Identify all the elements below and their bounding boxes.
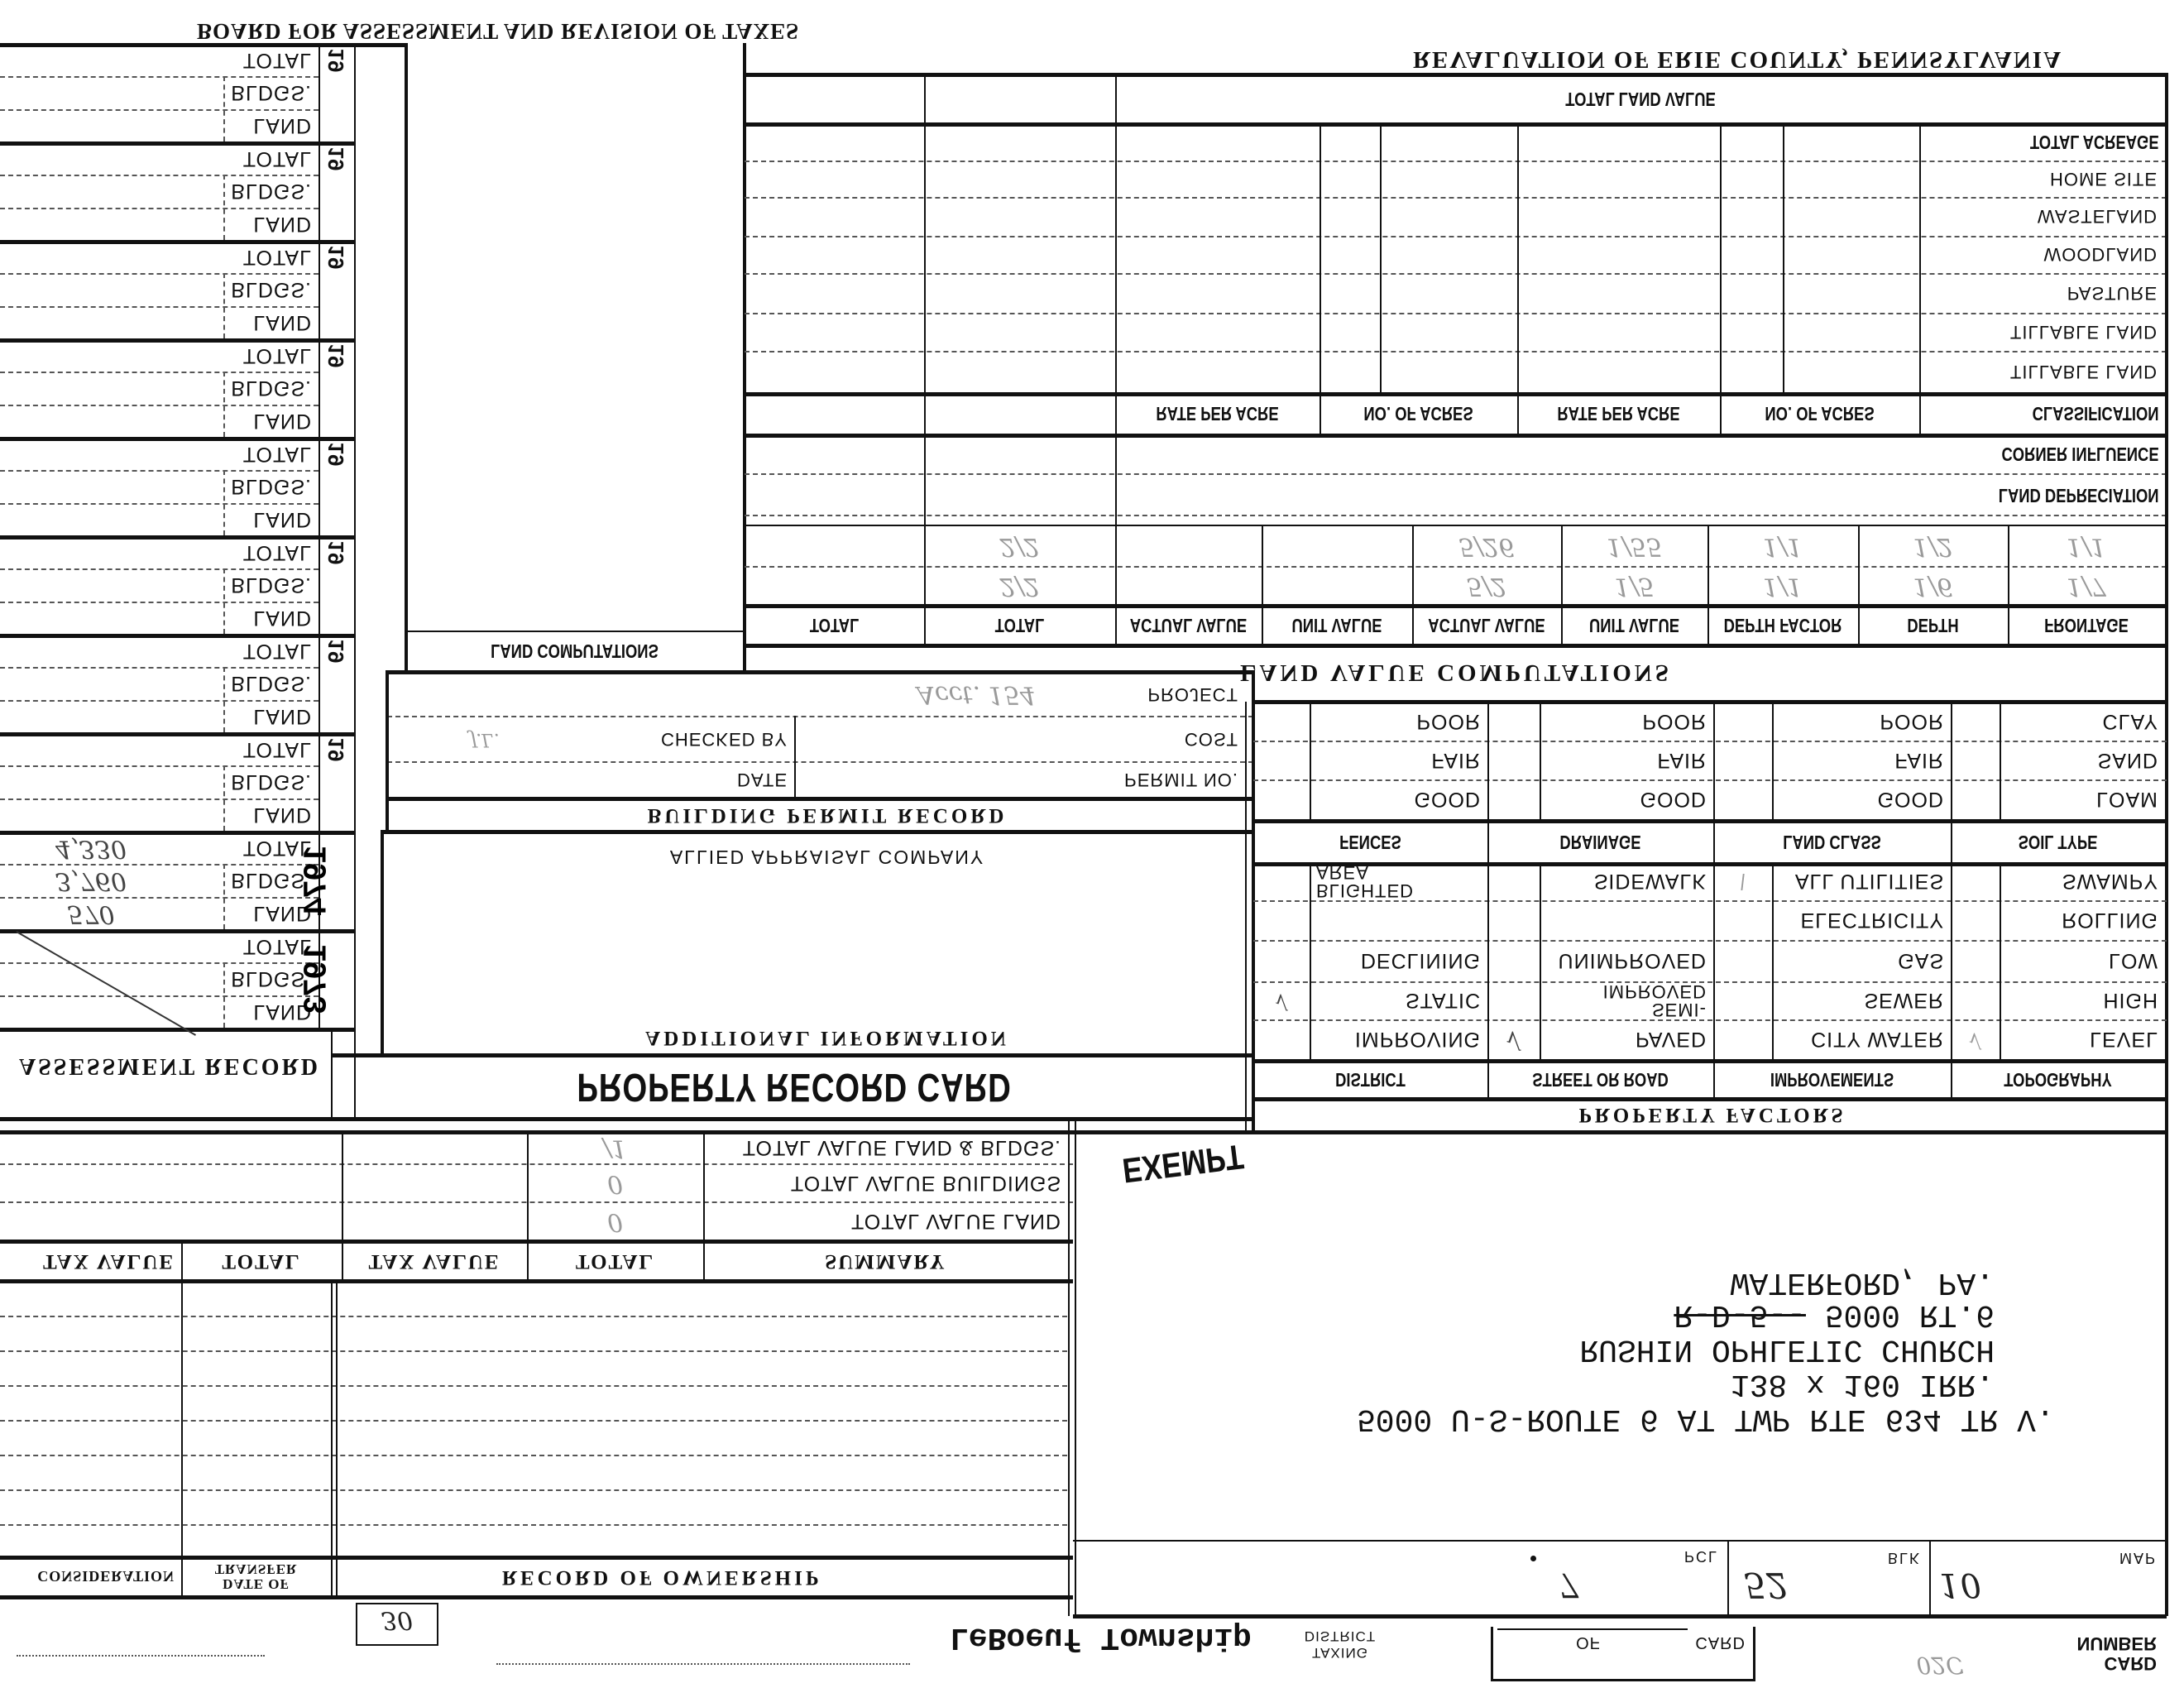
total-value: 4,330	[8, 832, 174, 864]
total-value-land-and-bldgs-label: TOTAL VALUE LAND & BLDGS.	[703, 1132, 1068, 1163]
drainage-fair: FAIR	[1540, 741, 1713, 779]
rule	[1517, 122, 1519, 434]
total-value	[8, 439, 174, 470]
bldgs-label: BLDGS.	[225, 175, 318, 207]
rule	[0, 1489, 1067, 1491]
permit-no-label: PERMIT NO.	[796, 763, 1245, 797]
land-label: LAND	[225, 209, 318, 240]
district-blighted-area: BLIGHTED AREA	[1310, 862, 1487, 900]
total-label: TOTAL	[225, 340, 318, 372]
rule	[745, 122, 2167, 127]
rule	[1727, 1540, 1729, 1616]
property-factors-title: PROPERTY FACTORS	[1448, 1099, 1977, 1130]
rule	[1380, 122, 1382, 392]
bldgs-label: BLDGS.	[225, 372, 318, 404]
tax-value-header: TAX VALUE	[342, 1243, 527, 1279]
corner-influence-label: CORNER INFLUENCE	[1325, 435, 2164, 473]
assessment-year-block: TOTAL BLDGS. LAND 19	[0, 338, 356, 437]
assessment-year-block: TOTAL BLDGS. LAND 19	[0, 141, 356, 240]
rule	[1262, 525, 1263, 644]
land-class-fair: FAIR	[1772, 741, 1951, 779]
bldgs-value	[8, 569, 174, 601]
fences-header: FENCES	[1276, 822, 1463, 862]
total-value-land-label: TOTAL VALUE LAND	[703, 1203, 1068, 1240]
district-header: DISTRICT	[1276, 1062, 1463, 1097]
total-header: TOTAL	[181, 1243, 342, 1279]
land-value	[8, 405, 174, 437]
acreage-row-wasteland: WASTELAND	[1919, 197, 2164, 236]
assessment-record-title: ASSESSMENT RECORD	[12, 1049, 335, 1082]
total-value: 2/2	[924, 568, 1115, 604]
fences-poor: POOR	[1310, 702, 1487, 741]
total-label: TOTAL	[225, 143, 318, 175]
drainage-poor: POOR	[1540, 702, 1713, 741]
frontage-value: 1/7	[2008, 568, 2165, 604]
improvement-city-water: CITY WATER	[1772, 1019, 1951, 1059]
total-value-buildings-label: TOTAL VALUE BUILDINGS	[703, 1165, 1068, 1201]
bldgs-value	[8, 668, 174, 699]
rule	[0, 1316, 1067, 1317]
address-line: 138 x 160 IRR.	[1324, 1366, 1995, 1401]
acreage-row-woodland: WOODLAND	[1919, 236, 2164, 273]
total-value	[8, 340, 174, 372]
card-number-label: CARD NUMBER	[2043, 1623, 2163, 1683]
bldgs-label: BLDGS.	[225, 668, 318, 699]
soil-type-sand: SAND	[2000, 741, 2165, 779]
drainage-good: GOOD	[1540, 779, 1713, 819]
rule	[1115, 73, 1117, 644]
land-label: LAND	[225, 110, 318, 141]
exempt-stamp: EXEMPT	[1118, 1133, 1249, 1194]
land-value	[8, 996, 174, 1028]
additional-information-title: ADDITIONAL INFORMATION	[579, 1023, 1075, 1053]
struck-route-text: R-D-5--	[1674, 1297, 1806, 1331]
total-land-value-label: TOTAL LAND VALUE	[1220, 76, 2061, 122]
total-label: TOTAL	[225, 242, 318, 273]
district-declining: DECLINING	[1310, 940, 1487, 981]
assessment-year-block: TOTAL BLDGS. LAND 19	[0, 634, 356, 732]
depth-value: 1/2	[1858, 526, 2008, 566]
street-unimproved: UNIMPROVED	[1540, 940, 1713, 981]
date-label: DATE	[389, 763, 794, 797]
total-label: TOTAL	[225, 45, 318, 76]
depth-factor-value: 1/1	[1707, 568, 1858, 604]
rule	[1929, 1540, 1931, 1616]
allied-appraisal-company: ALLIED APPRAISAL COMPANY	[579, 842, 1075, 872]
rule	[336, 1279, 338, 1595]
rule	[743, 43, 746, 672]
property-record-card: BOARD FOR ASSESSMENT AND REVISION OF TAX…	[0, 0, 2184, 1688]
assessment-year-block: TOTAL BLDGS. LAND 19	[0, 732, 356, 831]
fences-good: GOOD	[1310, 779, 1487, 819]
land-value	[8, 209, 174, 240]
year-prefix: 19	[321, 635, 352, 668]
rule	[0, 1595, 1073, 1599]
rule	[0, 1420, 1067, 1422]
land-value	[8, 307, 174, 338]
soil-type-loam: LOAM	[2000, 779, 2165, 819]
check-mark: √	[1253, 981, 1310, 1019]
district-static: STATIC	[1310, 981, 1487, 1019]
land-class-header: LAND CLASS	[1737, 822, 1928, 862]
no-of-acres-header: NO. OF ACRES	[1740, 394, 1899, 434]
soil-type-clay: CLAY	[2000, 702, 2165, 741]
actual-value-header: ACTUAL VALUE	[1130, 607, 1248, 644]
unit-value-header: UNIT VALUE	[1276, 607, 1397, 644]
depth-value: 1/6	[1858, 568, 2008, 604]
rule	[0, 1279, 1073, 1283]
rule	[496, 1663, 910, 1665]
project-value: Acct. 154	[860, 674, 1092, 715]
topography-high: HIGH	[2000, 981, 2165, 1019]
total-value-land-and-bldgs: /1	[527, 1132, 703, 1163]
total-label: TOTAL	[225, 635, 318, 667]
actual-value-header: ACTUAL VALUE	[1427, 607, 1546, 644]
total-value	[8, 931, 174, 962]
rule	[0, 1524, 1067, 1526]
assessment-year-block: TOTAL BLDGS. LAND 1973	[0, 929, 356, 1028]
total-value: 2/2	[924, 526, 1115, 566]
consideration-header: CONSIDERATION	[0, 1557, 181, 1595]
cost-label: COST	[796, 717, 1245, 761]
acreage-row-home-site: HOME SITE	[1919, 161, 2164, 197]
bldgs-label: BLDGS.	[225, 77, 318, 108]
total-header: TOTAL	[943, 607, 1096, 644]
total-value	[8, 143, 174, 175]
total-value	[8, 242, 174, 273]
bldgs-value	[8, 471, 174, 502]
rule	[0, 1455, 1067, 1456]
improvement-all-utilities: ALL UTILITIES	[1772, 862, 1951, 900]
land-class-poor: POOR	[1772, 702, 1951, 741]
record-of-ownership-title: RECORD OF OWNERSHIP	[347, 1559, 976, 1595]
topography-low: LOW	[2000, 940, 2165, 981]
bldgs-value	[8, 175, 174, 207]
check-mark: √	[1487, 1019, 1540, 1059]
rule	[181, 1240, 183, 1595]
rule	[1245, 702, 1247, 1134]
rate-per-acre-header: RATE PER ACRE	[1538, 394, 1700, 434]
district-improving: IMPROVING	[1310, 1019, 1487, 1059]
year-prefix: 19	[321, 241, 352, 274]
depth-factor-value: 1/1	[1707, 526, 1858, 566]
street-semi-improved: SEMI- IMPROVED	[1540, 981, 1713, 1019]
street-or-road-header: STREET OR ROAD	[1510, 1062, 1690, 1097]
pcl-value: 7	[1551, 1564, 1617, 1605]
land-label: LAND	[225, 405, 318, 437]
year-prefix: 19	[321, 44, 352, 77]
check-mark: √	[1951, 1019, 2000, 1059]
total-value-buildings: 0	[527, 1165, 703, 1201]
bldgs-label: BLDGS.	[225, 274, 318, 305]
rule	[17, 1655, 265, 1657]
land-class-good: GOOD	[1772, 779, 1951, 819]
topography-swampy: SWAMPY	[2000, 862, 2165, 900]
depth-header: DEPTH	[1873, 607, 1993, 644]
topography-header: TOPOGRAPHY	[1972, 1062, 2143, 1097]
improvement-electricity: ELECTRICITY	[1772, 900, 1951, 940]
total-label: TOTAL	[225, 734, 318, 765]
total-value	[8, 45, 174, 76]
taxing-district-value: LeBoeuf Township	[950, 1618, 1264, 1656]
assessment-year-block: TOTAL BLDGS. LAND 19	[0, 535, 356, 634]
rule	[331, 1279, 333, 1595]
bldgs-value	[8, 77, 174, 108]
land-label: LAND	[225, 701, 318, 732]
total-value	[8, 537, 174, 568]
unit-value-header: UNIT VALUE	[1576, 607, 1693, 644]
total-value	[8, 635, 174, 667]
map-value: 10	[1933, 1564, 2032, 1605]
bldgs-value	[8, 274, 174, 305]
land-label: LAND	[225, 602, 318, 634]
bldgs-label: BLDGS.	[225, 569, 318, 601]
bldgs-value	[8, 372, 174, 404]
rule	[0, 1350, 1067, 1352]
rule	[1720, 122, 1722, 434]
checked-by-value: J.L.	[463, 717, 629, 761]
bldgs-label: BLDGS.	[225, 766, 318, 798]
rule	[1068, 1117, 1070, 1616]
bldgs-value	[8, 766, 174, 798]
land-label: LAND	[225, 504, 318, 535]
year-stamp: 1974	[300, 832, 333, 930]
land-value	[8, 799, 174, 831]
rule	[1783, 122, 1784, 392]
tax-value-header: TAX VALUE	[0, 1243, 181, 1279]
bldgs-value	[8, 963, 174, 995]
acreage-row-total-acreage: TOTAL ACREAGE	[1968, 124, 2164, 161]
blk-value: 52	[1737, 1564, 1837, 1605]
total-label: TOTAL	[225, 537, 318, 568]
rule	[1319, 122, 1321, 434]
total-value-land: 0	[527, 1203, 703, 1240]
topography-rolling: ROLLING	[2000, 900, 2165, 940]
rule	[2165, 73, 2168, 1616]
property-record-card-title: PROPERTY RECORD CARD	[529, 1057, 1059, 1115]
land-value: 570	[8, 898, 174, 929]
street-paved: PAVED	[1540, 1019, 1713, 1059]
improvements-header: IMPROVEMENTS	[1737, 1062, 1928, 1097]
of-label: OF	[1564, 1630, 1613, 1655]
improvement-sewer: SEWER	[1772, 981, 1951, 1019]
building-permit-record-title: BUILDING PERMIT RECORD	[596, 799, 1059, 831]
soil-type-header: SOIL TYPE	[1972, 822, 2143, 862]
address-line: WATERFORD, PA.	[1324, 1264, 1995, 1299]
actual-value-value: 5/26	[1412, 526, 1561, 566]
acreage-row-tillable-land: TILLABLE LAND	[1919, 351, 2164, 392]
land-label: LAND	[225, 307, 318, 338]
total-value	[8, 734, 174, 765]
rule	[0, 1117, 1253, 1121]
address-line: RUSHIN OPHLETIC CHURCH	[1324, 1331, 1995, 1366]
year-prefix: 19	[321, 733, 352, 766]
no-of-acres-header: NO. OF ACRES	[1339, 394, 1497, 434]
year-prefix: 19	[321, 438, 352, 471]
drainage-header: DRAINAGE	[1510, 822, 1690, 862]
street-sidewalk: SIDEWALK	[1540, 862, 1713, 900]
bldgs-label: BLDGS.	[225, 471, 318, 502]
rule	[381, 830, 384, 1055]
total-header: TOTAL	[763, 607, 907, 644]
rate-per-acre-header: RATE PER ACRE	[1136, 394, 1300, 434]
total-label: TOTAL	[225, 439, 318, 470]
assessment-year-block: TOTAL BLDGS. LAND 1974 4,330 3,760 570	[0, 831, 356, 929]
route-text: 5000 RT.6	[1806, 1297, 1995, 1331]
assessment-year-block: TOTAL BLDGS. LAND 19	[0, 43, 356, 141]
year-stamp: 1973	[300, 930, 333, 1029]
dot-mark	[1530, 1556, 1536, 1561]
land-depreciation-label: LAND DEPRECIATION	[1325, 475, 2164, 516]
frontage-header: FRONTAGE	[2024, 607, 2149, 644]
rule	[405, 43, 408, 672]
unit-value-value: 1/55	[1561, 526, 1707, 566]
actual-value-value: 5/2	[1412, 568, 1561, 604]
address-line: 5000 U-S-ROUTE 6 AT TWP RTE 634 TR V.	[1357, 1401, 2101, 1436]
land-computations-title: LAND COMPUTATIONS	[438, 632, 711, 670]
check-mark: \	[1713, 862, 1772, 900]
assessment-year-block: TOTAL BLDGS. LAND 19	[0, 240, 356, 338]
unit-value-value: 1/5	[1561, 568, 1707, 604]
topography-level: LEVEL	[2000, 1019, 2165, 1059]
fences-fair: FAIR	[1310, 741, 1487, 779]
land-value	[8, 110, 174, 141]
bldgs-value: 3,760	[8, 865, 174, 896]
acreage-row-tillable-land: TILLABLE LAND	[1919, 313, 2164, 351]
total-header: TOTAL	[527, 1243, 703, 1279]
rule	[1252, 670, 1255, 1134]
card-label: CARD	[1671, 1630, 1752, 1655]
pcl-label: PCL	[1613, 1544, 1725, 1569]
date-of-transfer-header: DATE OF TRANSFER	[181, 1557, 331, 1595]
land-label: LAND	[225, 799, 318, 831]
rule	[0, 1385, 1067, 1387]
assessment-year-block: TOTAL BLDGS. LAND 19	[0, 437, 356, 535]
revaluation-title: REVALUATION OF ERIE COUNTY, PENNSYLVANIA	[1406, 43, 2167, 76]
map-label: MAP	[2052, 1546, 2163, 1571]
rule	[1073, 1540, 2167, 1542]
year-prefix: 19	[321, 339, 352, 372]
classification-label: CLASSIFICATION	[1968, 394, 2164, 434]
rule	[0, 1028, 354, 1032]
depth-factor-header: DEPTH FACTOR	[1722, 607, 1843, 644]
land-value	[8, 504, 174, 535]
file-number-value: 30	[356, 1603, 438, 1636]
land-value	[8, 701, 174, 732]
taxing-district-label: TAXING DISTRICT	[1278, 1622, 1402, 1666]
address-line: R-D-5-- 5000 RT.6	[1324, 1297, 1995, 1331]
year-prefix: 19	[321, 142, 352, 175]
frontage-value: 1/1	[2008, 526, 2165, 566]
summary-header: SUMMARY	[703, 1243, 1068, 1279]
improvement-gas: GAS	[1772, 940, 1951, 981]
land-value	[8, 602, 174, 634]
acreage-row-pasture: PASTURE	[1919, 273, 2164, 313]
year-prefix: 19	[321, 536, 352, 569]
card-number-value: 02C	[1890, 1647, 1990, 1683]
